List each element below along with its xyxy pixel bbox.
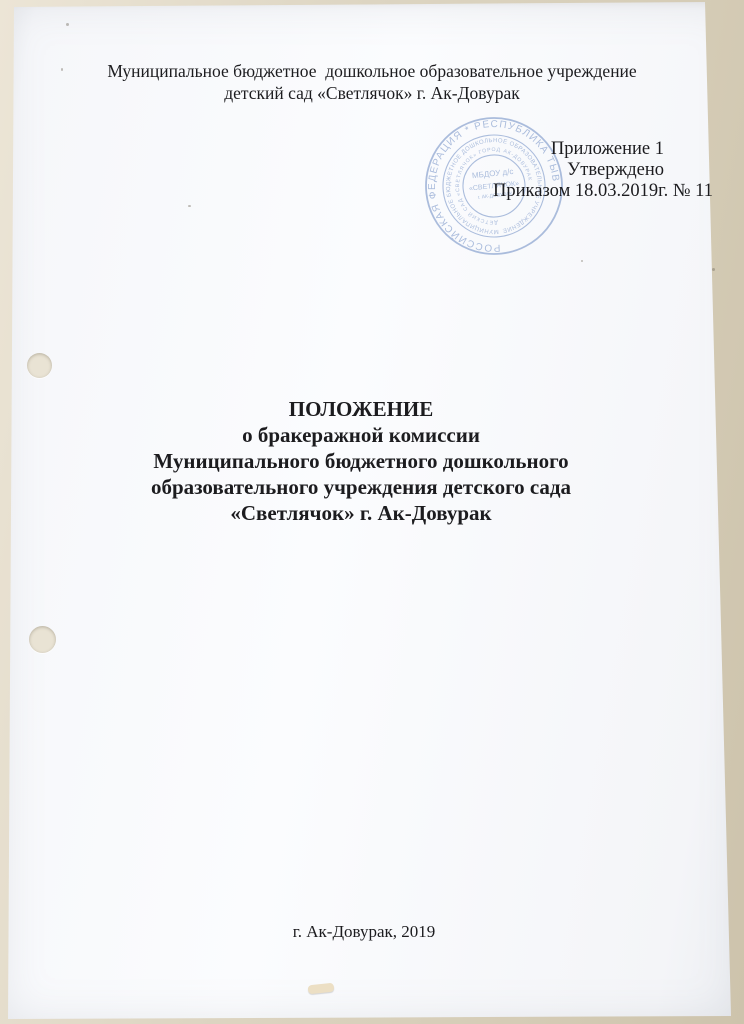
institution-header: Муниципальное бюджетное дошкольное образ…	[0, 60, 744, 104]
document-title-line-1: ПОЛОЖЕНИЕ	[0, 396, 733, 422]
document-title-line-4: образовательного учреждения детского сад…	[0, 474, 733, 500]
paper-speck	[581, 260, 583, 262]
institution-header-line-1: Муниципальное бюджетное дошкольное образ…	[0, 60, 744, 82]
appendix-label: Приложение 1	[493, 139, 664, 160]
paper-speck	[66, 23, 69, 26]
order-label: Приказом 18.03.2019г. № 11	[493, 181, 713, 202]
document-title-line-2: о бракеражной комиссии	[0, 422, 733, 448]
paper-speck	[712, 268, 715, 271]
approved-label: Утверждено	[493, 160, 664, 181]
document-title-line-5: «Светлячок» г. Ак-Довурак	[0, 500, 733, 526]
hole-punch-bottom	[29, 626, 56, 653]
paper-speck	[61, 68, 63, 71]
footer-city-year: г. Ак-Довурак, 2019	[0, 922, 736, 942]
institution-header-line-2: детский сад «Светлячок» г. Ак-Довурак	[0, 82, 744, 104]
scanned-document: РОССИЙСКАЯ ФЕДЕРАЦИЯ * РЕСПУБЛИКА ТЫВА М…	[0, 0, 744, 1024]
approval-block: Приложение 1 Утверждено Приказом 18.03.2…	[493, 139, 713, 202]
hole-punch-top	[27, 353, 52, 378]
document-title: ПОЛОЖЕНИЕ о бракеражной комиссии Муницип…	[0, 396, 733, 526]
paper-speck	[188, 205, 191, 207]
document-title-line-3: Муниципального бюджетного дошкольного	[0, 448, 733, 474]
